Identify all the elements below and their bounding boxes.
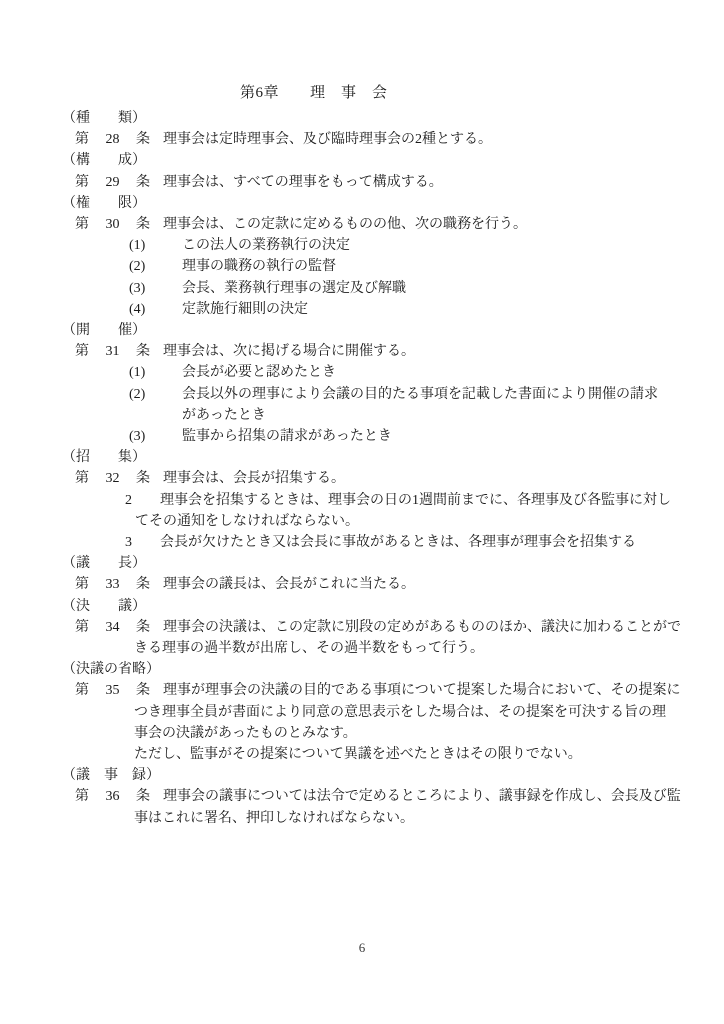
- item-text: 監事から招集の請求があったとき: [182, 426, 392, 447]
- article-number-part: 33: [106, 574, 120, 595]
- article-text: 理事会の決議は、この定款に別段の定めがあるもののほか、議決に加わることがで: [163, 617, 681, 638]
- doc-line-label: （開 催）: [75, 320, 680, 341]
- article-number-part: 28: [106, 129, 120, 150]
- doc-line-label: （議 長）: [75, 553, 680, 574]
- article-number-part: 条: [136, 617, 150, 638]
- item-number: (1): [129, 362, 145, 383]
- article-text: 理事会は、この定款に定めるものの他、次の職務を行う。: [163, 214, 527, 235]
- article-number-part: 条: [136, 172, 150, 193]
- article-number: 第36条: [75, 786, 150, 807]
- item-text: 会長が必要と認めたとき: [182, 362, 336, 383]
- section-label: （議 長）: [62, 553, 146, 574]
- doc-line-article-cont: つき理事全員が書面により同意の意思表示をした場合は、その提案を可決する旨の理: [75, 702, 680, 723]
- item-text: 会長、業務執行理事の選定及び解職: [182, 278, 406, 299]
- doc-line-article: 第33条理事会の議長は、会長がこれに当たる。: [75, 574, 680, 595]
- doc-line-label: （招 集）: [75, 447, 680, 468]
- item-number: (3): [129, 278, 145, 299]
- article-number-part: 第: [75, 214, 89, 235]
- article-number-part: 第: [75, 341, 89, 362]
- article-number-part: 条: [136, 680, 150, 701]
- article-text: 理事が理事会の決議の目的である事項について提案した場合において、その提案に: [163, 680, 680, 701]
- article-number-part: 条: [136, 214, 150, 235]
- article-text: 理事会は、次に掲げる場合に開催する。: [163, 341, 415, 362]
- doc-line-article: 第28条理事会は定時理事会、及び臨時理事会の2種とする。: [75, 129, 680, 150]
- section-label: （構 成）: [62, 150, 146, 171]
- doc-line-label: （構 成）: [75, 150, 680, 171]
- section-label: （議 事 録）: [62, 765, 160, 786]
- article-number-part: 32: [106, 468, 120, 489]
- doc-line-item: (1)会長が必要と認めたとき: [75, 362, 680, 383]
- page-number: 6: [0, 940, 724, 956]
- item-number: (3): [129, 426, 145, 447]
- article-number-part: 条: [136, 341, 150, 362]
- article-number-part: 第: [75, 172, 89, 193]
- doc-line-item: (3)監事から招集の請求があったとき: [75, 426, 680, 447]
- article-number-part: 34: [106, 617, 120, 638]
- article-text: 理事会の議事については法令で定めるところにより、議事録を作成し、会長及び監: [163, 786, 681, 807]
- section-label: （開 催）: [62, 320, 146, 341]
- document-body: （種 類）第28条理事会は定時理事会、及び臨時理事会の2種とする。（構 成）第2…: [75, 108, 680, 848]
- doc-line-article-cont: 事会の決議があったものとみなす。: [75, 723, 680, 744]
- article-number-part: 第: [75, 468, 89, 489]
- article-number-part: 条: [136, 786, 150, 807]
- paragraph-text-continued: てその通知をしなければならない。: [135, 511, 359, 532]
- section-label: （権 限）: [62, 193, 146, 214]
- doc-line-article: 第34条理事会の決議は、この定款に別段の定めがあるもののほか、議決に加わることが…: [75, 617, 680, 638]
- article-number: 第30条: [75, 214, 150, 235]
- section-label: （種 類）: [62, 108, 146, 129]
- chapter-heading: 第6章 理 事 会: [240, 83, 388, 104]
- section-label: （招 集）: [62, 447, 146, 468]
- doc-line-para-cont: てその通知をしなければならない。: [75, 511, 680, 532]
- doc-line-para: 2理事会を招集するときは、理事会の日の1週間前までに、各理事及び各監事に対し: [75, 490, 680, 511]
- doc-line-item: (2)会長以外の理事により会議の目的たる事項を記載した書面により開催の請求: [75, 384, 680, 405]
- article-text-continued: きる理事の過半数が出席し、その過半数をもって行う。: [134, 638, 484, 659]
- doc-line-article-cont: きる理事の過半数が出席し、その過半数をもって行う。: [75, 638, 680, 659]
- item-text: 会長以外の理事により会議の目的たる事項を記載した書面により開催の請求: [182, 384, 658, 405]
- doc-line-label: （権 限）: [75, 193, 680, 214]
- article-number-part: 第: [75, 786, 89, 807]
- document-page: 第6章 理 事 会 （種 類）第28条理事会は定時理事会、及び臨時理事会の2種と…: [0, 0, 724, 1024]
- article-number: 第35条: [75, 680, 150, 701]
- doc-line-article: 第29条理事会は、すべての理事をもって構成する。: [75, 172, 680, 193]
- article-number-part: 条: [136, 129, 150, 150]
- doc-line-article-cont: 事はこれに署名、押印しなければならない。: [75, 808, 680, 829]
- section-label: （決議の省略）: [62, 659, 160, 680]
- article-number-part: 第: [75, 574, 89, 595]
- doc-line-item: (2)理事の職務の執行の監督: [75, 256, 680, 277]
- item-text-continued: があったとき: [182, 405, 266, 426]
- article-text: 理事会の議長は、会長がこれに当たる。: [163, 574, 415, 595]
- article-number-part: 31: [106, 341, 120, 362]
- article-number-part: 29: [106, 172, 120, 193]
- doc-line-item: (3)会長、業務執行理事の選定及び解職: [75, 278, 680, 299]
- article-number: 第32条: [75, 468, 150, 489]
- article-text-continued: 事はこれに署名、押印しなければならない。: [134, 808, 414, 829]
- doc-line-article: 第36条理事会の議事については法令で定めるところにより、議事録を作成し、会長及び…: [75, 786, 680, 807]
- article-number-part: 条: [136, 574, 150, 595]
- doc-line-item-cont: があったとき: [75, 405, 680, 426]
- doc-line-label: （決 議）: [75, 596, 680, 617]
- item-number: (1): [129, 235, 145, 256]
- article-number: 第34条: [75, 617, 150, 638]
- article-number-part: 第: [75, 129, 89, 150]
- paragraph-number: 3: [125, 532, 132, 553]
- doc-line-item: (1)この法人の業務執行の決定: [75, 235, 680, 256]
- article-number-part: 第: [75, 617, 89, 638]
- paragraph-text: 会長が欠けたとき又は会長に事故があるときは、各理事が理事会を招集する: [160, 532, 636, 553]
- doc-line-item: (4)定款施行細則の決定: [75, 299, 680, 320]
- item-number: (2): [129, 256, 145, 277]
- doc-line-article: 第35条理事が理事会の決議の目的である事項について提案した場合において、その提案…: [75, 680, 680, 701]
- article-number-part: 第: [75, 680, 89, 701]
- article-number-part: 35: [106, 680, 120, 701]
- section-label: （決 議）: [62, 596, 146, 617]
- article-text: 理事会は、会長が招集する。: [163, 468, 345, 489]
- article-text-continued: ただし、監事がその提案について異議を述べたときはその限りでない。: [134, 744, 582, 765]
- doc-line-article: 第32条理事会は、会長が招集する。: [75, 468, 680, 489]
- paragraph-text: 理事会を招集するときは、理事会の日の1週間前までに、各理事及び各監事に対し: [160, 490, 671, 511]
- article-number-part: 条: [136, 468, 150, 489]
- article-number: 第28条: [75, 129, 150, 150]
- article-text-continued: 事会の決議があったものとみなす。: [134, 723, 357, 744]
- article-number: 第31条: [75, 341, 150, 362]
- doc-line-article: 第31条理事会は、次に掲げる場合に開催する。: [75, 341, 680, 362]
- doc-line-article-cont: ただし、監事がその提案について異議を述べたときはその限りでない。: [75, 744, 680, 765]
- article-text-continued: つき理事全員が書面により同意の意思表示をした場合は、その提案を可決する旨の理: [134, 702, 666, 723]
- article-number: 第29条: [75, 172, 150, 193]
- doc-line-para: 3会長が欠けたとき又は会長に事故があるときは、各理事が理事会を招集する: [75, 532, 680, 553]
- doc-line-label: （種 類）: [75, 108, 680, 129]
- item-number: (4): [129, 299, 145, 320]
- item-text: 定款施行細則の決定: [182, 299, 308, 320]
- item-text: この法人の業務執行の決定: [182, 235, 350, 256]
- article-number-part: 30: [106, 214, 120, 235]
- article-text: 理事会は定時理事会、及び臨時理事会の2種とする。: [163, 129, 492, 150]
- article-text: 理事会は、すべての理事をもって構成する。: [163, 172, 443, 193]
- paragraph-number: 2: [125, 490, 132, 511]
- doc-line-label: （決議の省略）: [75, 659, 680, 680]
- article-number: 第33条: [75, 574, 150, 595]
- doc-line-article: 第30条理事会は、この定款に定めるものの他、次の職務を行う。: [75, 214, 680, 235]
- item-number: (2): [129, 384, 145, 405]
- article-number-part: 36: [106, 786, 120, 807]
- item-text: 理事の職務の執行の監督: [182, 256, 336, 277]
- doc-line-label: （議 事 録）: [75, 765, 680, 786]
